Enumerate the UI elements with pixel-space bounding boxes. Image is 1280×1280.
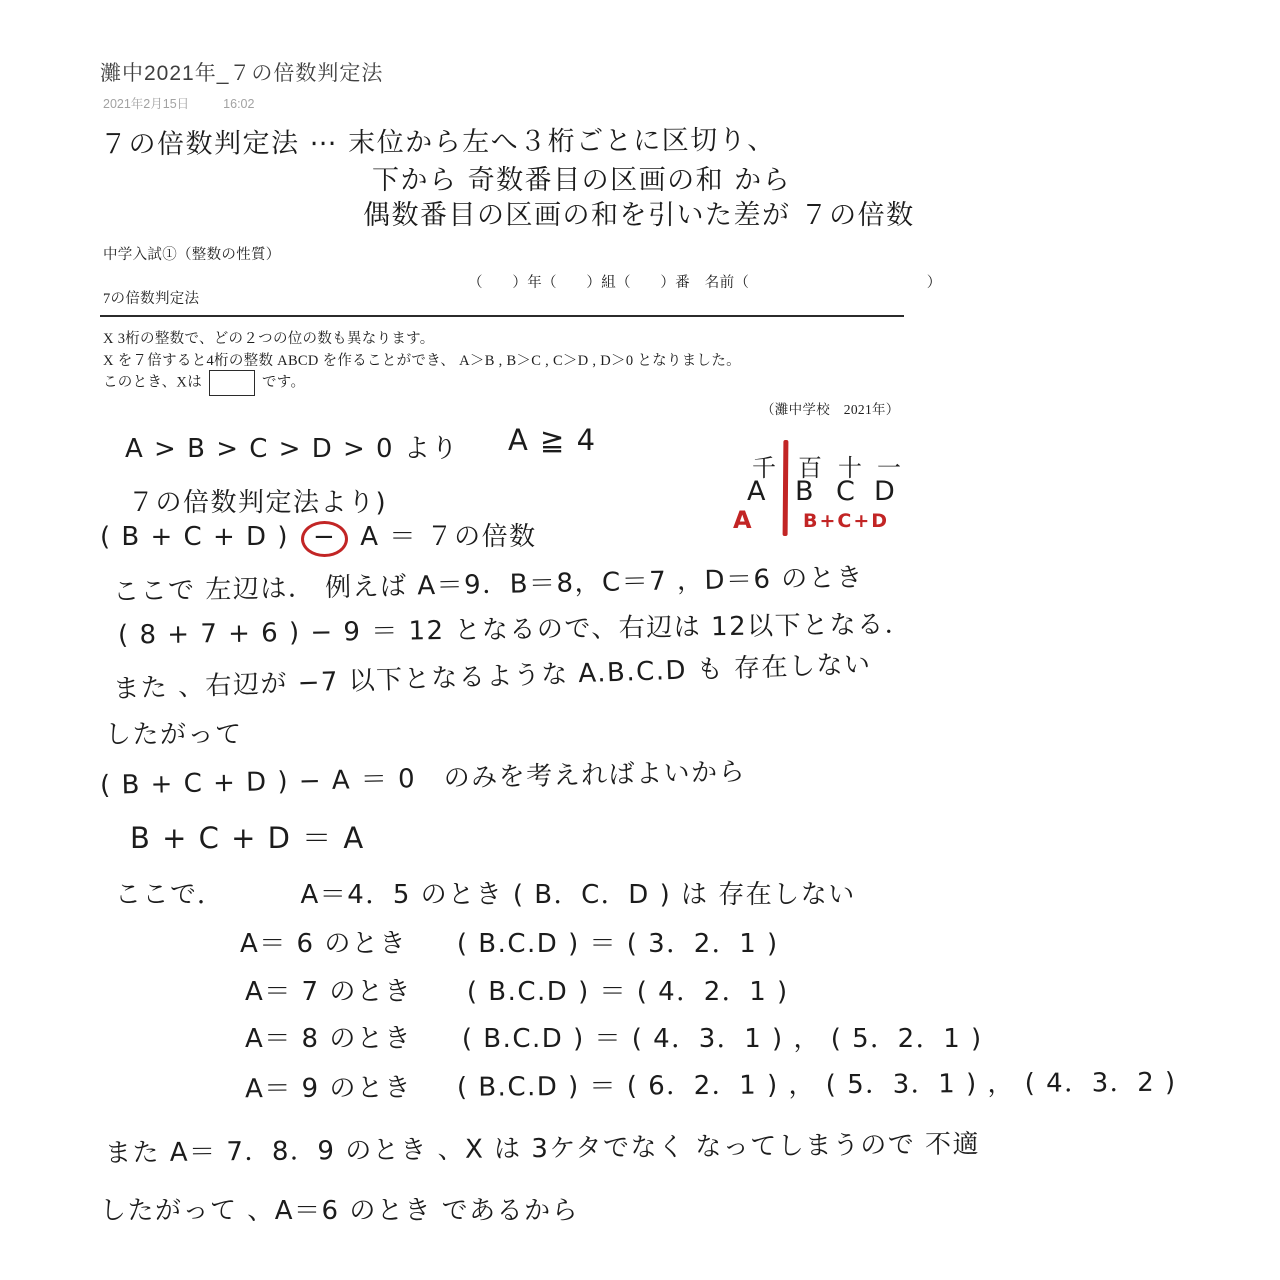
solution-conclusion: したがって 、A＝6 のとき であるから [100, 1190, 579, 1227]
note-time: 16:02 [223, 97, 254, 111]
solution-case-7: A＝ 7 のとき( B.C.D ) ＝ ( 4．2．1 ) [245, 971, 789, 1008]
solution-case-45: ここで．A＝4．5 のとき ( B．C．D ) は 存在しない [115, 874, 856, 911]
answer-suffix: です。 [262, 374, 305, 390]
circled-minus: − [301, 521, 348, 557]
case-8-result: ( B.C.D ) ＝ ( 4．3．1 ) ， ( 5．2．1 ) [462, 1024, 983, 1054]
rule-note-line-1: ７の倍数判定法 ⋯ 末位から左へ３桁ごとに区切り、 [100, 118, 776, 162]
case-9-label: A＝ 9 のとき [245, 1073, 412, 1104]
case-6-label: A＝ 6 のとき [240, 929, 407, 959]
problem-line-1: X 3桁の整数で、どの２つの位の数も異なります。 [103, 327, 435, 348]
worksheet-name-line: （ ）年（ ）組（ ）番 名前（ ） [468, 271, 942, 292]
place-value-table: 千 百 十 一 A B C D A B+C+D [725, 444, 920, 539]
answer-prefix: このとき、Xは [103, 374, 202, 390]
solution-case-8: A＝ 8 のとき( B.C.D ) ＝ ( 4．3．1 ) ， ( 5．2．1 … [245, 1018, 983, 1055]
case-8-label: A＝ 8 のとき [245, 1024, 412, 1054]
red-label-a: A [733, 506, 752, 534]
case-45-text: A＝4．5 のとき ( B．C．D ) は 存在しない [300, 880, 855, 910]
case-9-result: ( B.C.D ) ＝ ( 6．2．1 ) ， ( 5．3．1 ) ， ( 4．… [457, 1068, 1177, 1103]
equation-right: A ＝ ７の倍数 [360, 522, 536, 552]
problem-line-2: X を７倍すると4桁の整数 ABCD を作ることができ、 A＞B , B＞C ,… [103, 349, 741, 370]
note-date: 2021年2月15日 [103, 97, 189, 111]
solution-rule-reference: ７の倍数判定法より) [128, 482, 387, 519]
problem-source: （灘中学校 2021年） [761, 398, 900, 418]
worksheet-title: 7の倍数判定法 [103, 287, 199, 308]
solution-sum-equation: B + C + D ＝ A [130, 816, 365, 857]
solution-inequality: A > B > C > D > 0 より [125, 428, 459, 465]
digit-tens: C [836, 476, 856, 507]
solution-a-bound: A ≧ 4 [508, 423, 597, 457]
page-title: 灘中2021年_７の倍数判定法 [100, 57, 383, 87]
worksheet-divider [100, 315, 904, 317]
case-45-label: ここで． [115, 880, 224, 910]
equation-left: ( B + C + D ) [100, 522, 289, 552]
case-7-result: ( B.C.D ) ＝ ( 4．2．1 ) [467, 977, 789, 1007]
solution-example-calc: ( 8 + 7 + 6 ) − 9 ＝ 12 となるので、右辺は 12以下となる… [118, 603, 913, 651]
case-7-label: A＝ 7 のとき [245, 977, 412, 1007]
digit-thousands: A [747, 476, 767, 507]
solution-therefore-1: したがって [105, 714, 243, 751]
solution-example-setup: ここで 左辺は． 例えば A＝9．B＝8，C＝7 ，D＝6 のとき [113, 557, 864, 608]
solution-key-equation: ( B + C + D )−A ＝ ７の倍数 [100, 516, 537, 557]
note-timestamp: 2021年2月15日16:02 [103, 94, 288, 112]
solution-lower-bound: また 、右辺が −7 以下となるような A.B.C.D も 存在しない [113, 643, 872, 705]
answer-line: このとき、Xはです。 [103, 370, 305, 396]
rule-note-line-3: 偶数番目の区画の和を引いた差が ７の倍数 [363, 193, 915, 232]
solution-case-6: A＝ 6 のとき( B.C.D ) ＝ ( 3．2．1 ) [240, 923, 779, 960]
solution-reject-789: また A＝ 7．8．9 のとき 、X は 3ケタでなく なってしまうので 不適 [105, 1123, 980, 1169]
rule-note-line-2: 下から 奇数番目の区画の和 から [372, 158, 791, 197]
worksheet-course: 中学入試①（整数の性質） [103, 243, 281, 264]
red-label-bcd-sum: B+C+D [803, 510, 889, 532]
table-red-divider [783, 440, 789, 536]
solution-case-9: A＝ 9 のとき( B.C.D ) ＝ ( 6．2．1 ) ， ( 5．3．1 … [245, 1062, 1177, 1106]
solution-zero-case: ( B + C + D ) − A ＝ 0 のみを考えればよいから [100, 751, 747, 802]
case-6-result: ( B.C.D ) ＝ ( 3．2．1 ) [457, 929, 779, 959]
digit-hundreds: B [795, 476, 815, 507]
digit-ones: D [874, 476, 896, 507]
answer-box [209, 370, 255, 396]
